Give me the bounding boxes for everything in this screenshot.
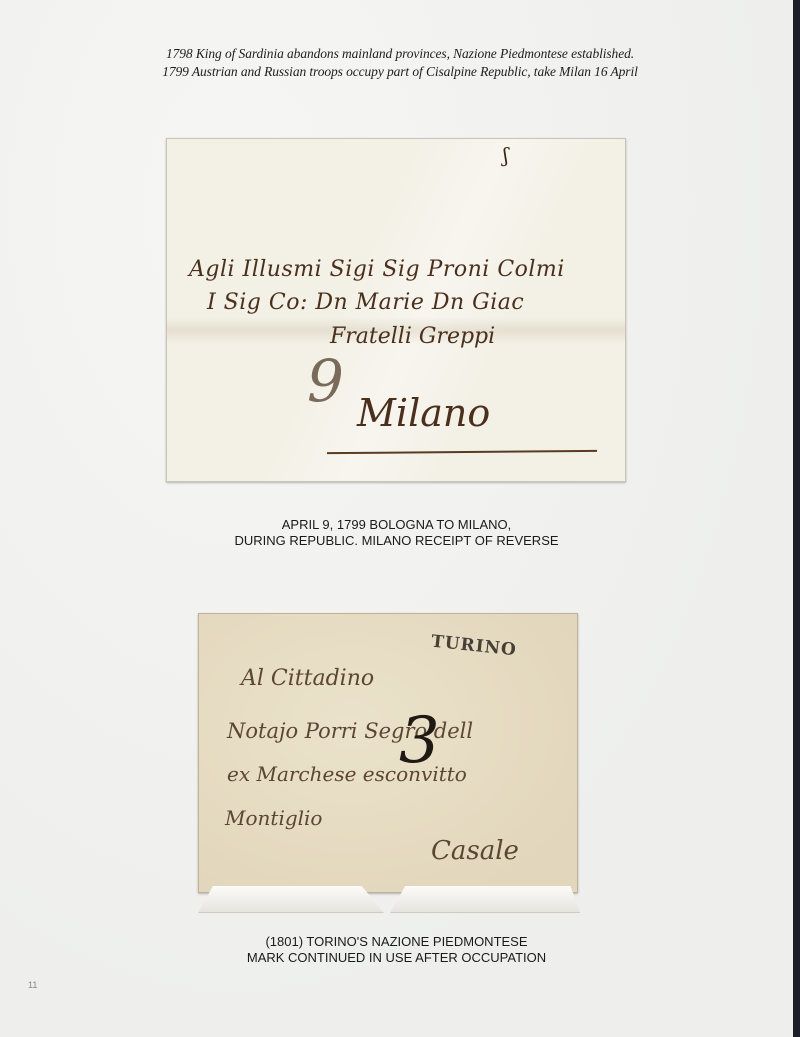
sleeve-left-corner <box>198 886 384 913</box>
album-page: 1798 King of Sardinia abandons mainland … <box>0 0 793 1037</box>
address-line-3: Fratelli Greppi <box>330 324 495 349</box>
destination: Milano <box>357 391 490 435</box>
address-line-1: Al Cittadino <box>241 666 374 691</box>
destination: Casale <box>431 836 519 866</box>
caption-line-2: MARK CONTINUED IN USE AFTER OCCUPATION <box>0 950 793 966</box>
caption-line-1: (1801) TORINO'S NAZIONE PIEDMONTESE <box>0 934 793 950</box>
postmark-stamp: TURINO <box>430 632 518 661</box>
cover-torino-casale: TURINO Al Cittadino Notajo Porri Segro d… <box>198 613 578 893</box>
address-line-4: Montiglio <box>225 806 322 830</box>
heading-line-1: 1798 King of Sardinia abandons mainland … <box>0 45 800 63</box>
caption-line-2: DURING REPUBLIC. MILANO RECEIPT OF REVER… <box>0 533 793 549</box>
cover-bologna-milano: ʃ Agli Illusmi Sigi Sig Proni Colmi I Si… <box>166 138 626 482</box>
rate-mark: 3 <box>399 704 440 778</box>
page-heading: 1798 King of Sardinia abandons mainland … <box>0 45 800 81</box>
ink-mark: ʃ <box>503 143 517 183</box>
heading-line-2: 1799 Austrian and Russian troops occupy … <box>0 63 800 81</box>
caption-line-1: APRIL 9, 1799 BOLOGNA TO MILANO, <box>0 517 793 533</box>
caption-cover-1: APRIL 9, 1799 BOLOGNA TO MILANO, DURING … <box>0 517 793 549</box>
destination-underline <box>327 450 597 454</box>
address-line-1: Agli Illusmi Sigi Sig Proni Colmi <box>189 257 565 282</box>
sleeve-right-corner <box>390 886 580 913</box>
pencil-note: 11 <box>28 980 37 990</box>
caption-cover-2: (1801) TORINO'S NAZIONE PIEDMONTESE MARK… <box>0 934 793 966</box>
rate-mark: 9 <box>307 347 344 415</box>
mount-sleeve <box>190 886 584 916</box>
address-line-2: I Sig Co: Dn Marie Dn Giac <box>207 290 524 315</box>
